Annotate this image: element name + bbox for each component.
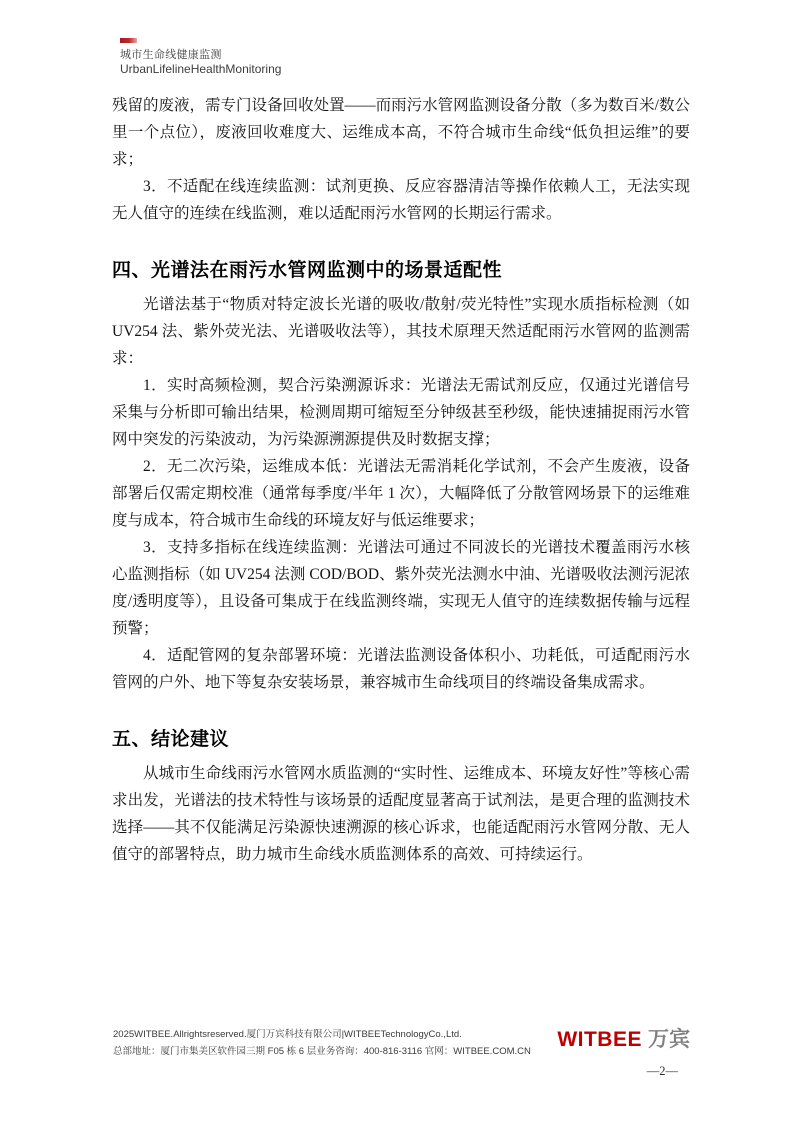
section-4-intro: 光谱法基于“物质对特定波长光谱的吸收/散射/荧光特性”实现水质指标检测（如 UV… — [112, 291, 690, 372]
document-page: 城市生命线健康监测 UrbanLifelineHealthMonitoring … — [0, 0, 793, 1122]
paragraph-item-3: 3．不适配在线连续监测：试剂更换、反应容器清洁等操作依赖人工，无法实现无人值守的… — [112, 173, 690, 227]
brand-header: 城市生命线健康监测 UrbanLifelineHealthMonitoring — [120, 38, 281, 77]
witbee-logo-zh: 万宾 — [648, 1028, 690, 1051]
paragraph-continuation: 残留的废液，需专门设备回收处置——而雨污水管网监测设备分散（多为数百米/数公里一… — [112, 92, 690, 173]
footer-brand-block: WITBEE万宾 —2— — [557, 1028, 690, 1079]
brand-dash-icon — [120, 38, 137, 43]
page-number: —2— — [557, 1064, 690, 1079]
brand-name-en: UrbanLifelineHealthMonitoring — [120, 62, 281, 77]
section-heading-4: 四、光谱法在雨污水管网监测中的场景适配性 — [112, 257, 690, 285]
footer-company-info: 2025WITBEE.Allrightsreserved.厦门万宾科技有限公司|… — [113, 1026, 533, 1060]
footer-address-line: 总部地址：厦门市集美区软件园三期 F05 栋 6 层业务咨询：400-816-3… — [113, 1043, 533, 1060]
document-body: 残留的废液，需专门设备回收处置——而雨污水管网监测设备分散（多为数百米/数公里一… — [112, 92, 690, 868]
section-4-item-2: 2．无二次污染，运维成本低：光谱法无需消耗化学试剂，不会产生废液，设备部署后仅需… — [112, 453, 690, 534]
brand-name-zh: 城市生命线健康监测 — [120, 48, 281, 62]
section-heading-5: 五、结论建议 — [112, 726, 690, 754]
witbee-logo: WITBEE万宾 — [557, 1028, 690, 1052]
section-5-paragraph: 从城市生命线雨污水管网水质监测的“实时性、运维成本、环境友好性”等核心需求出发，… — [112, 760, 690, 868]
footer-copyright-line: 2025WITBEE.Allrightsreserved.厦门万宾科技有限公司|… — [113, 1026, 533, 1043]
section-4-item-4: 4．适配管网的复杂部署环境：光谱法监测设备体积小、功耗低，可适配雨污水管网的户外… — [112, 642, 690, 696]
witbee-logo-en: WITBEE — [557, 1028, 642, 1051]
section-4-item-3: 3．支持多指标在线连续监测：光谱法可通过不同波长的光谱技术覆盖雨污水核心监测指标… — [112, 534, 690, 642]
section-4-item-1: 1．实时高频检测，契合污染溯源诉求：光谱法无需试剂反应，仅通过光谱信号采集与分析… — [112, 372, 690, 453]
